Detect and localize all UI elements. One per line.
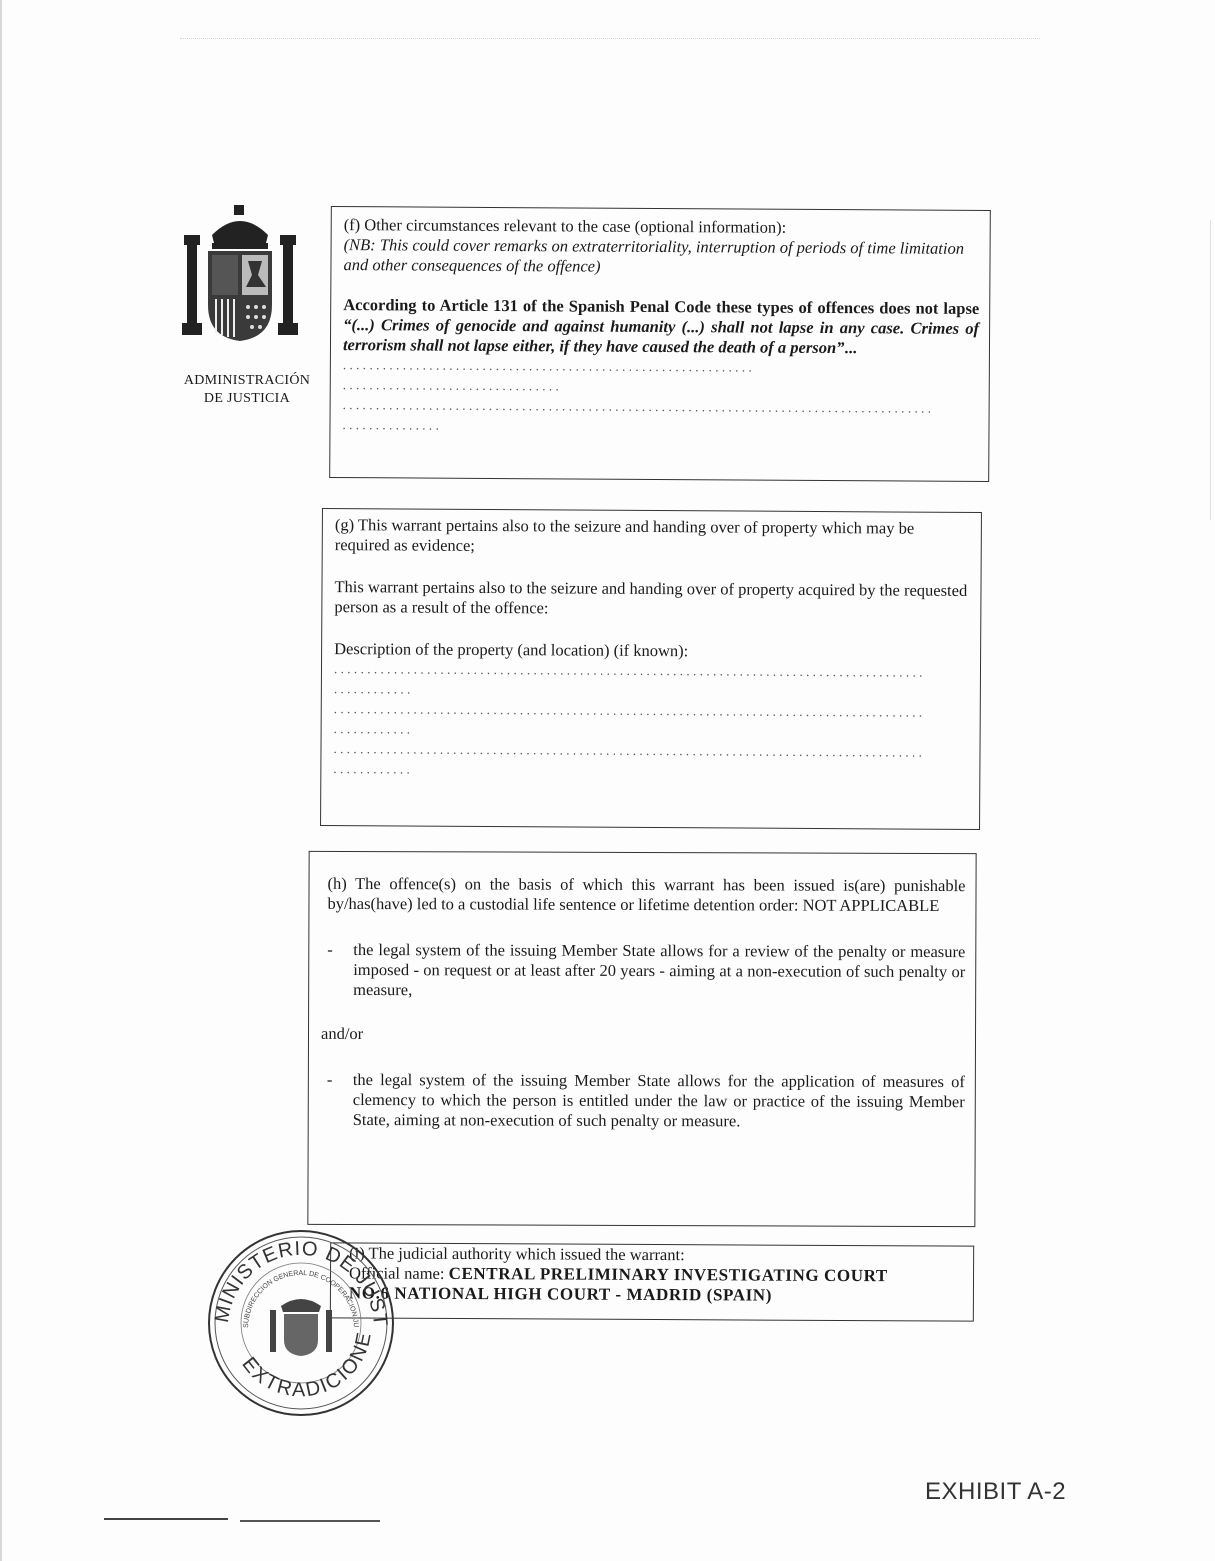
official-name-value-2: NO.6 NATIONAL HIGH COURT - MADRID (SPAIN… xyxy=(349,1283,965,1306)
and-or-connector: and/or xyxy=(321,1024,965,1046)
issuing-authority-label: ADMINISTRACIÓN DE JUSTICIA xyxy=(172,372,322,408)
bullet-dash: - xyxy=(327,940,353,1000)
review-text: the legal system of the issuing Member S… xyxy=(353,940,965,1002)
body-trail: ... xyxy=(844,338,856,357)
authority-line-2: DE JUSTICIA xyxy=(172,390,322,408)
fill-line: ............ xyxy=(333,759,969,783)
section-f-box: (f) Other circumstances relevant to the … xyxy=(329,206,991,482)
body-intro: According to Article 131 of the Spanish … xyxy=(343,295,979,318)
section-f-note: (NB: This could cover remarks on extrate… xyxy=(343,235,979,279)
evidence-text: (g) This warrant pertains also to the se… xyxy=(335,515,971,559)
body-quote: “(...) Crimes of genocide and against hu… xyxy=(343,315,979,357)
section-h-box: (h) The offence(s) on the basis of which… xyxy=(307,851,976,1227)
stamp-top-text: MINISTERIO DE JUSTICIA xyxy=(206,1228,391,1328)
fill-line: ............... xyxy=(342,415,978,439)
footer-rule xyxy=(104,1518,228,1520)
bullet-dash: - xyxy=(327,1070,353,1130)
review-bullet: - the legal system of the issuing Member… xyxy=(327,940,965,1002)
exhibit-label: EXHIBIT A-2 xyxy=(925,1478,1066,1506)
scan-edge xyxy=(1210,220,1211,520)
section-g-box: (g) This warrant pertains also to the se… xyxy=(320,508,982,830)
scanned-document-page: ADMINISTRACIÓN DE JUSTICIA (f) Other cir… xyxy=(0,0,1215,1561)
official-name-value-1: CENTRAL PRELIMINARY INVESTIGATING COURT xyxy=(449,1264,888,1285)
section-f-body: According to Article 131 of the Spanish … xyxy=(343,295,979,359)
svg-text:MINISTERIO DE JUSTICIA: MINISTERIO DE JUSTICIA xyxy=(206,1228,391,1328)
scan-noise xyxy=(180,38,1040,40)
ministry-stamp-icon: MINISTERIO DE JUSTICIA EXTRADICIONES SUB… xyxy=(206,1228,396,1418)
fill-line: ........................................… xyxy=(333,739,969,763)
spanish-coat-of-arms-icon xyxy=(182,205,298,345)
acquired-property-text: This warrant pertains also to the seizur… xyxy=(334,577,970,621)
scan-edge xyxy=(0,0,2,1561)
footer-rule xyxy=(240,1520,380,1522)
authority-line-1: ADMINISTRACIÓN xyxy=(172,372,322,390)
clemency-text: the legal system of the issuing Member S… xyxy=(353,1070,965,1132)
section-i-box: (i) The judicial authority which issued … xyxy=(330,1242,974,1321)
clemency-bullet: - the legal system of the issuing Member… xyxy=(327,1070,965,1132)
life-sentence-intro: (h) The offence(s) on the basis of which… xyxy=(327,874,965,916)
fill-line: ........................................… xyxy=(334,699,970,723)
fill-line: ........................................… xyxy=(334,659,970,683)
